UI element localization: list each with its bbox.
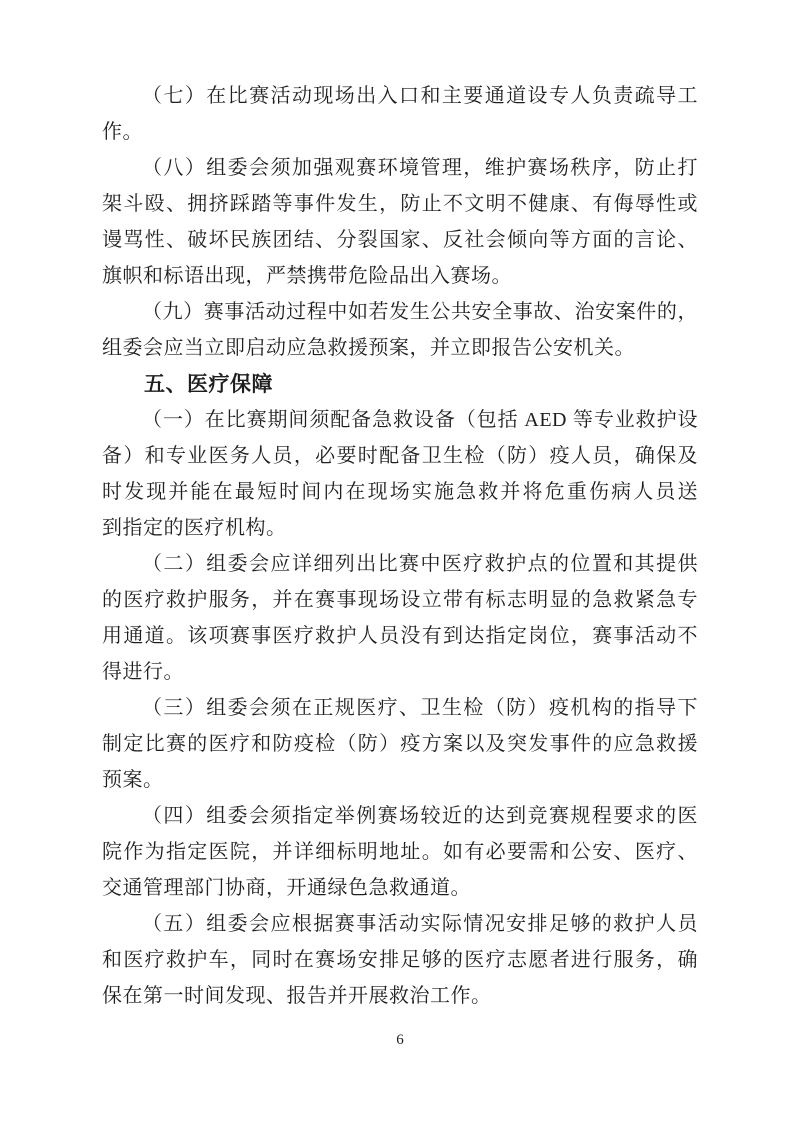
document-body: （七）在比赛活动现场出入口和主要通道设专人负责疏导工作。（八）组委会须加强观赛环… [102,78,698,1014]
page-number: 6 [396,1032,404,1048]
text-line: 作。 [102,114,698,150]
text-line: （三）组委会须在正规医疗、卫生检（防）疫机构的指导下 [102,690,698,726]
text-line: 组委会应当立即启动应急救援预案，并立即报告公安机关。 [102,330,698,366]
paragraph: （一）在比赛期间须配备急救设备（包括 AED 等专业救护设备）和专业医务人员，必… [102,402,698,546]
paragraph: （三）组委会须在正规医疗、卫生检（防）疫机构的指导下制定比赛的医疗和防疫检（防）… [102,690,698,798]
text-line: 制定比赛的医疗和防疫检（防）疫方案以及突发事件的应急救援 [102,726,698,762]
text-line: 五、医疗保障 [102,366,698,402]
text-line: （一）在比赛期间须配备急救设备（包括 AED 等专业救护设 [102,402,698,438]
text-line: （五）组委会应根据赛事活动实际情况安排足够的救护人员 [102,906,698,942]
text-line: （二）组委会应详细列出比赛中医疗救护点的位置和其提供 [102,546,698,582]
text-line: 架斗殴、拥挤踩踏等事件发生，防止不文明不健康、有侮辱性或 [102,186,698,222]
text-line: 旗帜和标语出现，严禁携带危险品出入赛场。 [102,258,698,294]
paragraph: （八）组委会须加强观赛环境管理，维护赛场秩序，防止打架斗殴、拥挤踩踏等事件发生，… [102,150,698,294]
text-line: 备）和专业医务人员，必要时配备卫生检（防）疫人员，确保及 [102,438,698,474]
paragraph: （四）组委会须指定举例赛场较近的达到竞赛规程要求的医院作为指定医院，并详细标明地… [102,798,698,906]
text-line: （八）组委会须加强观赛环境管理，维护赛场秩序，防止打 [102,150,698,186]
text-line: 和医疗救护车，同时在赛场安排足够的医疗志愿者进行服务，确 [102,942,698,978]
paragraph: （九）赛事活动过程中如若发生公共安全事故、治安案件的，组委会应当立即启动应急救援… [102,294,698,366]
text-line: 时发现并能在最短时间内在现场实施急救并将危重伤病人员送 [102,474,698,510]
paragraph: （二）组委会应详细列出比赛中医疗救护点的位置和其提供的医疗救护服务，并在赛事现场… [102,546,698,690]
paragraph: （七）在比赛活动现场出入口和主要通道设专人负责疏导工作。 [102,78,698,150]
text-line: 用通道。该项赛事医疗救护人员没有到达指定岗位，赛事活动不 [102,618,698,654]
page-footer: 6 [0,1030,800,1050]
text-line: 交通管理部门协商，开通绿色急救通道。 [102,870,698,906]
text-line: 预案。 [102,762,698,798]
section-heading: 五、医疗保障 [102,366,698,402]
document-page: （七）在比赛活动现场出入口和主要通道设专人负责疏导工作。（八）组委会须加强观赛环… [0,0,800,1131]
text-line: 得进行。 [102,654,698,690]
text-line: 谩骂性、破坏民族团结、分裂国家、反社会倾向等方面的言论、 [102,222,698,258]
paragraph: （五）组委会应根据赛事活动实际情况安排足够的救护人员和医疗救护车，同时在赛场安排… [102,906,698,1014]
text-line: 的医疗救护服务，并在赛事现场设立带有标志明显的急救紧急专 [102,582,698,618]
text-line: （四）组委会须指定举例赛场较近的达到竞赛规程要求的医 [102,798,698,834]
text-line: （七）在比赛活动现场出入口和主要通道设专人负责疏导工 [102,78,698,114]
text-line: 到指定的医疗机构。 [102,510,698,546]
text-line: 院作为指定医院，并详细标明地址。如有必要需和公安、医疗、 [102,834,698,870]
text-line: （九）赛事活动过程中如若发生公共安全事故、治安案件的， [102,294,698,330]
text-line: 保在第一时间发现、报告并开展救治工作。 [102,978,698,1014]
